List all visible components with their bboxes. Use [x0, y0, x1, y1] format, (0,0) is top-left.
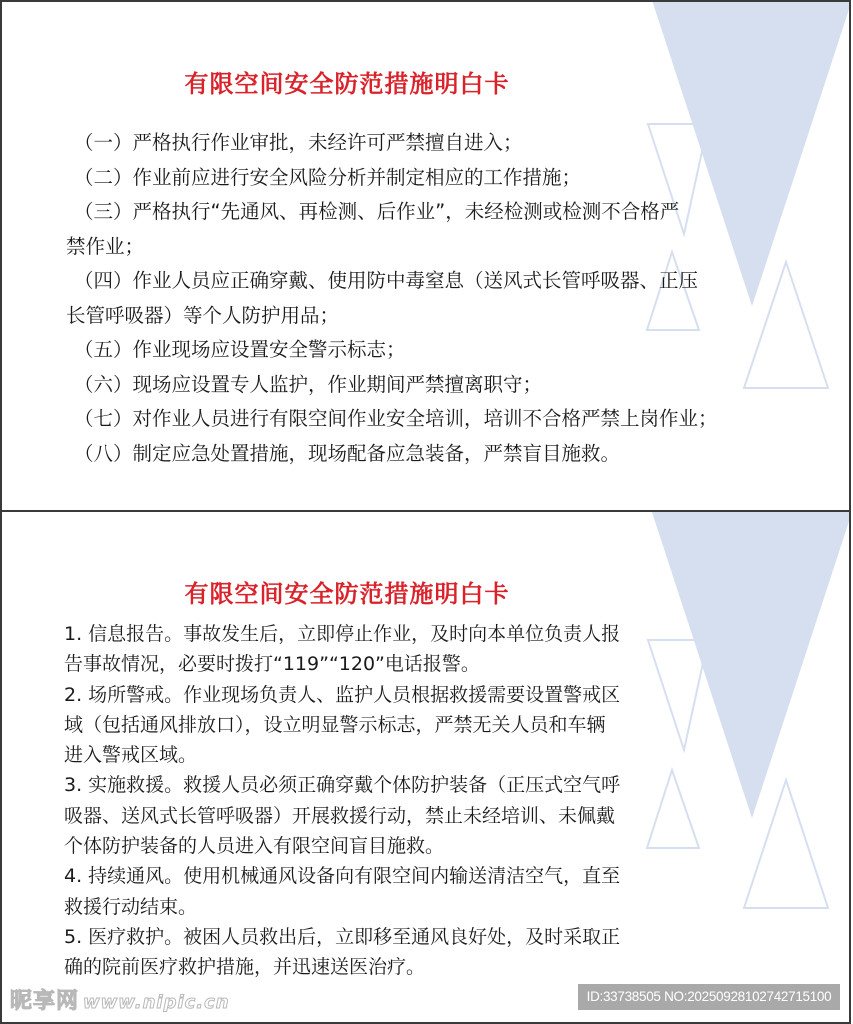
measure-item: （七）对作业人员进行有限空间作业安全培训，培训不合格严禁上岗作业；	[74, 402, 754, 437]
rescue-step-continuation: 吸器、送风式长管呼吸器）开展救援行动，禁止未经培训、未佩戴	[64, 801, 704, 831]
rescue-step: 1. 信息报告。事故发生后，立即停止作业，及时向本单位负责人报	[64, 619, 704, 649]
watermark-id-badge: ID:33738505 NO:20250928102742715100	[578, 984, 840, 1010]
measure-item-continuation: 禁作业；	[66, 230, 754, 265]
rescue-step: 4. 持续通风。使用机械通风设备向有限空间内输送清洁空气，直至	[64, 861, 704, 891]
measure-item-continuation: 长管呼吸器）等个人防护用品；	[66, 299, 754, 334]
rescue-step-continuation: 告事故情况，必要时拨打“119”“120”电话报警。	[64, 649, 704, 679]
triangle-outline-large-icon	[744, 780, 828, 908]
safety-card-bottom: 有限空间安全防范措施明白卡 1. 信息报告。事故发生后，立即停止作业，及时向本单…	[0, 510, 851, 1024]
rescue-step-continuation: 个体防护装备的人员进入有限空间盲目施救。	[64, 831, 704, 861]
watermark-logo-text: 昵享网	[10, 989, 79, 1014]
measure-item: （六）现场应设置专人监护，作业期间严禁擅离职守；	[74, 368, 754, 403]
rescue-step-continuation: 进入警戒区域。	[64, 740, 704, 770]
card-title: 有限空间安全防范措施明白卡	[2, 574, 692, 609]
card-title: 有限空间安全防范措施明白卡	[2, 64, 692, 99]
triangle-outline-large-icon	[744, 262, 828, 388]
watermark-url: www.nipic.cn	[83, 992, 230, 1013]
measure-item: （三）严格执行“先通风、再检测、后作业”，未经检测或检测不合格严	[74, 195, 754, 230]
rescue-step: 5. 医疗救护。被困人员救出后，立即移至通风良好处，及时采取正	[64, 922, 704, 952]
rescue-step: 2. 场所警戒。作业现场负责人、监护人员根据救援需要设置警戒区	[64, 680, 704, 710]
rescue-step: 3. 实施救援。救援人员必须正确穿戴个体防护装备（正压式空气呼	[64, 770, 704, 800]
measure-item: （四）作业人员应正确穿戴、使用防中毒窒息（送风式长管呼吸器、正压	[74, 264, 754, 299]
measure-item: （八）制定应急处置措施，现场配备应急装备，严禁盲目施救。	[74, 437, 754, 472]
rescue-step-continuation: 确的院前医疗救护措施，并迅速送医治疗。	[64, 952, 704, 982]
rescue-step-continuation: 救援行动结束。	[64, 892, 704, 922]
watermark-logo: 昵享网www.nipic.cn	[10, 984, 230, 1015]
rescue-step-continuation: 域（包括通风排放口），设立明显警示标志，严禁无关人员和车辆	[64, 710, 704, 740]
measure-item: （一）严格执行作业审批，未经许可严禁擅自进入；	[74, 126, 754, 161]
rescue-steps-list: 1. 信息报告。事故发生后，立即停止作业，及时向本单位负责人报 告事故情况，必要…	[64, 619, 704, 983]
measures-list: （一）严格执行作业审批，未经许可严禁擅自进入； （二）作业前应进行安全风险分析并…	[74, 126, 754, 471]
measure-item: （五）作业现场应设置安全警示标志；	[74, 333, 754, 368]
safety-card-top: 有限空间安全防范措施明白卡 （一）严格执行作业审批，未经许可严禁擅自进入； （二…	[0, 0, 851, 512]
measure-item: （二）作业前应进行安全风险分析并制定相应的工作措施；	[74, 161, 754, 196]
